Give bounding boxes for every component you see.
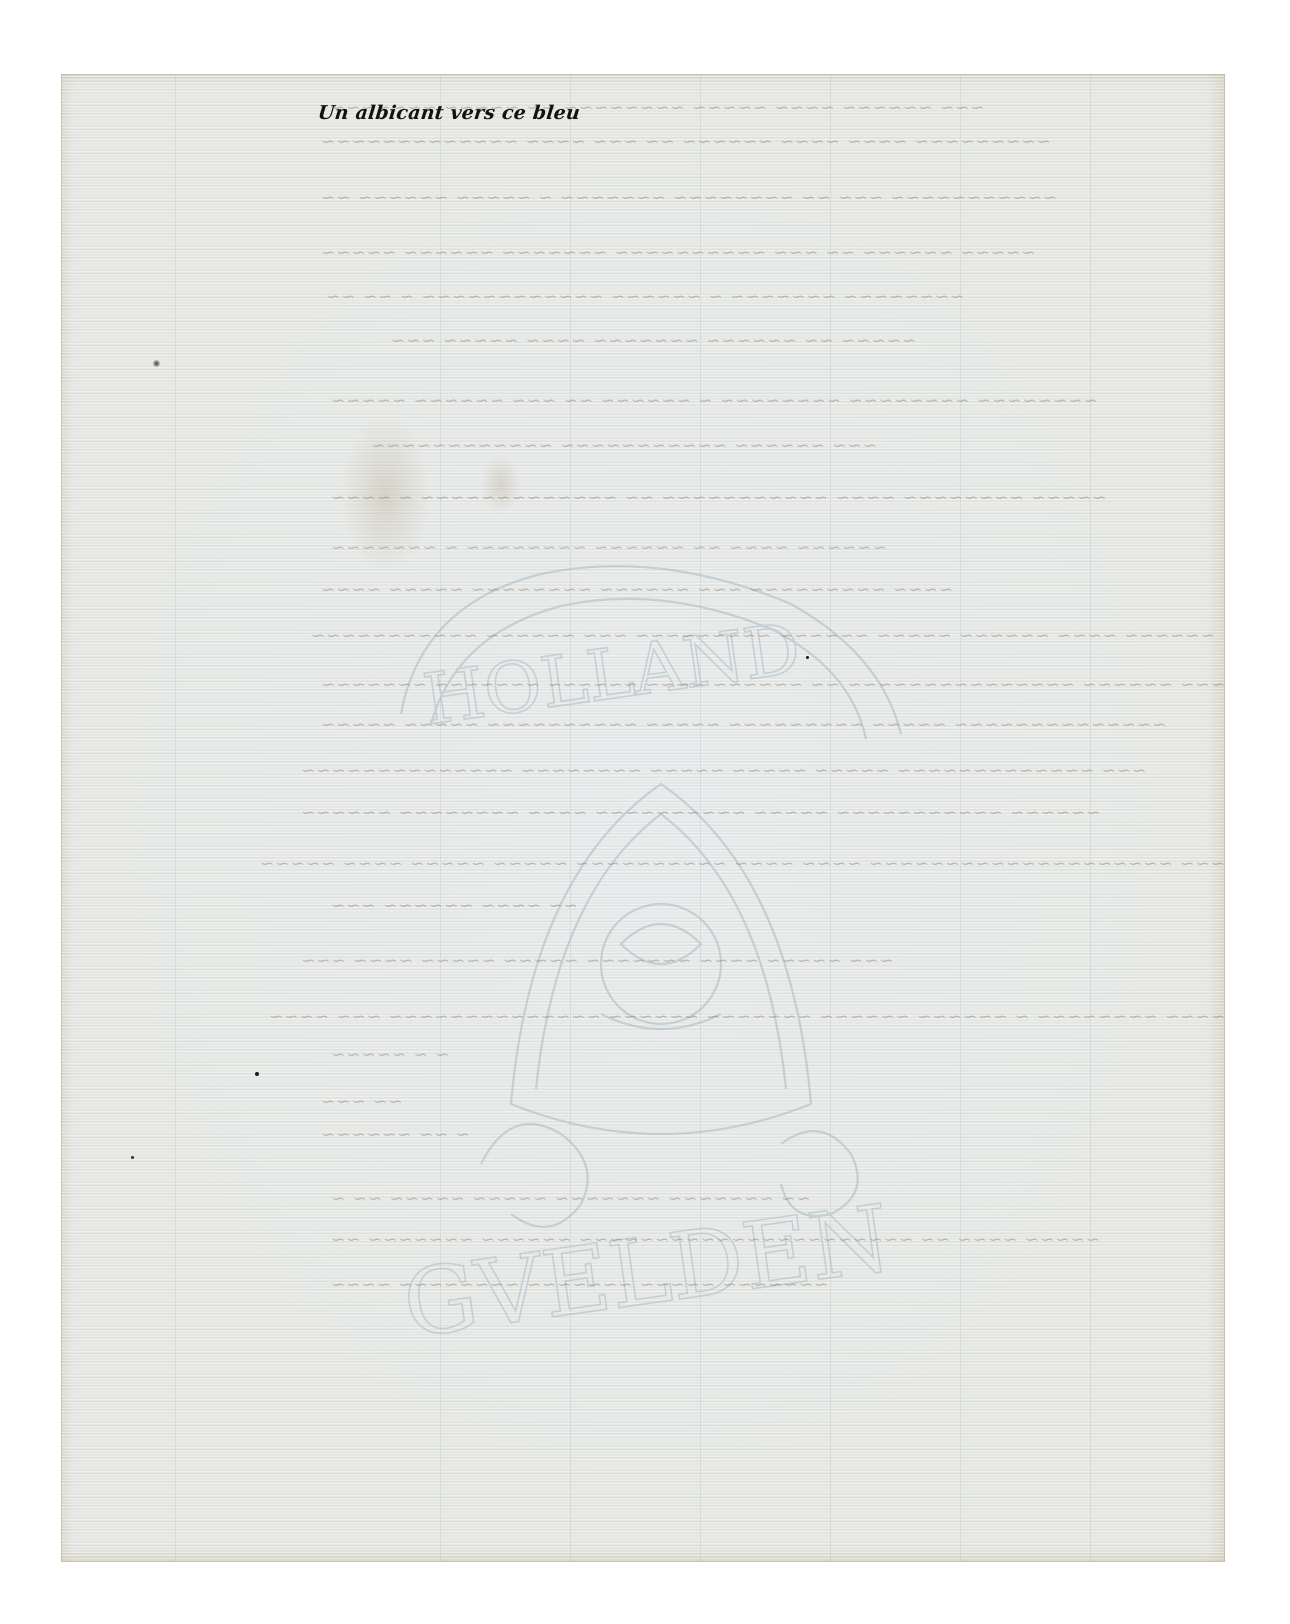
bleed-through-line: ~~~~~~~~~~~~~~ ~~~~~ ~~~~~~~~~ ~~~~~ ~~~…	[61, 715, 1225, 735]
bleed-through-line: ~~~ ~~~~~~ ~~~~~~~~~~~ ~~~~~~~~~~~~	[61, 436, 1225, 456]
bleed-through-line: ~~~~~~~~~~~ ~~~ ~~ ~~~~~~~~ ~~~~~~~ ~ ~~…	[61, 188, 1225, 208]
ink-speck	[153, 360, 160, 367]
bleed-through-line: ~~~~~~~ ~~~~~ ~~~~~~~ ~~~~~~~~ ~~~~	[61, 1275, 1225, 1295]
bleed-through-line: ~~~~~~ ~~~~ ~~~~~~ ~~~~~ ~~~~~~ ~~~~~~~~…	[61, 626, 1225, 646]
paper-stain	[481, 454, 521, 514]
ink-speck	[806, 656, 809, 659]
bleed-through-line: ~~~~~ ~~~~~~ ~~ ~~~ ~~~~~~~~~~ ~~~~~~~ ~…	[61, 243, 1225, 263]
watermark-crest-icon: HOLLAND GVELDEN	[361, 544, 921, 1344]
bleed-through-line: ~~~~~ ~~ ~~~~~~ ~~~~~~~ ~~~~ ~~~~~ ~~~	[61, 331, 1225, 351]
bleed-through-line: ~~~ ~~~~~~~~~~~~~~~~~~~~ ~~~~ ~~~~ ~~~~~…	[61, 854, 1225, 874]
paper-stain	[341, 414, 431, 574]
bleed-through-line: ~~ ~~~	[61, 1092, 1225, 1112]
bleed-through-line: ~~~~~~~~ ~~~~~~~~ ~~~~~~~~ ~ ~~~~~~ ~~ ~…	[61, 391, 1225, 411]
bleed-through-line: ~~~~~~~~ ~~~~~~~ ~ ~~~~~~ ~~~~~~~~~~~~ ~…	[61, 287, 1225, 307]
bleed-through-line: ~ ~ ~~~~~	[61, 1045, 1225, 1065]
bleed-through-line: ~~~~~~~~~ ~~~~ ~~~~ ~~~~~~ ~~ ~~~ ~~~~ ~…	[61, 132, 1225, 152]
bleed-through-line: ~~~~ ~~~~~~~~~ ~~~ ~~~~~~ ~~~~~~~~ ~~~~~…	[61, 580, 1225, 600]
bleed-through-line: ~~~ ~~~~~~ ~~~~ ~~~~~ ~~~~~~~~ ~~ ~~~~~ …	[61, 98, 1225, 118]
bleed-through-line: ~~ ~~~~~~~ ~~~~~~~ ~~~~~ ~~~~~ ~~ ~	[61, 1189, 1225, 1209]
ink-speck	[255, 1072, 259, 1076]
bleed-through-line: ~~~~~ ~~~~ ~~ ~~~~~~~~~~~~~~~~~~~~~~ ~~~…	[61, 1230, 1225, 1250]
ink-speck	[131, 1156, 134, 1159]
handwritten-inscription: Un albicant vers ce bleu	[317, 102, 581, 124]
bleed-through-line: ~~~~~~ ~~~~~~~~~~~ ~~~~~ ~~~~~~~~~~ ~~~~…	[61, 803, 1225, 823]
bleed-through-line: ~~~~~~ ~~~~ ~~ ~~~~~~ ~~~~~~~~ ~ ~~~~~~~	[61, 538, 1225, 558]
bleed-through-line: ~~~ ~~~~~ ~~~~ ~~~~~~~ ~~~~~ ~~~~~ ~~~~ …	[61, 951, 1225, 971]
bleed-through-line: ~~~ ~~~~~~~~~~~~~ ~~~~~ ~~~~~ ~~~~~ ~~~~…	[61, 761, 1225, 781]
bleed-through-line: ~ ~~ ~~~~~~	[61, 1125, 1225, 1145]
bleed-through-line: ~~ ~~~~ ~~~~~~ ~~~	[61, 896, 1225, 916]
bleed-through-line: ~~~ ~~~~~~ ~~~~~~~~~~~~~~~ ~~ ~~~~~~ ~~~…	[61, 675, 1225, 695]
bleed-through-line: ~~~~~ ~~~~~~~~ ~~~~ ~~~~~~~~~~~ ~~ ~~~~~…	[61, 488, 1225, 508]
manuscript-sheet: HOLLAND GVELDEN ~~~ ~~~~~~ ~~~~ ~~~~~ ~~…	[61, 74, 1225, 1562]
bleed-through-line: ~~~~ ~~~~~~~~ ~ ~~~~~~ ~~~~~~ ~~~~~~~ ~~…	[61, 1007, 1225, 1027]
